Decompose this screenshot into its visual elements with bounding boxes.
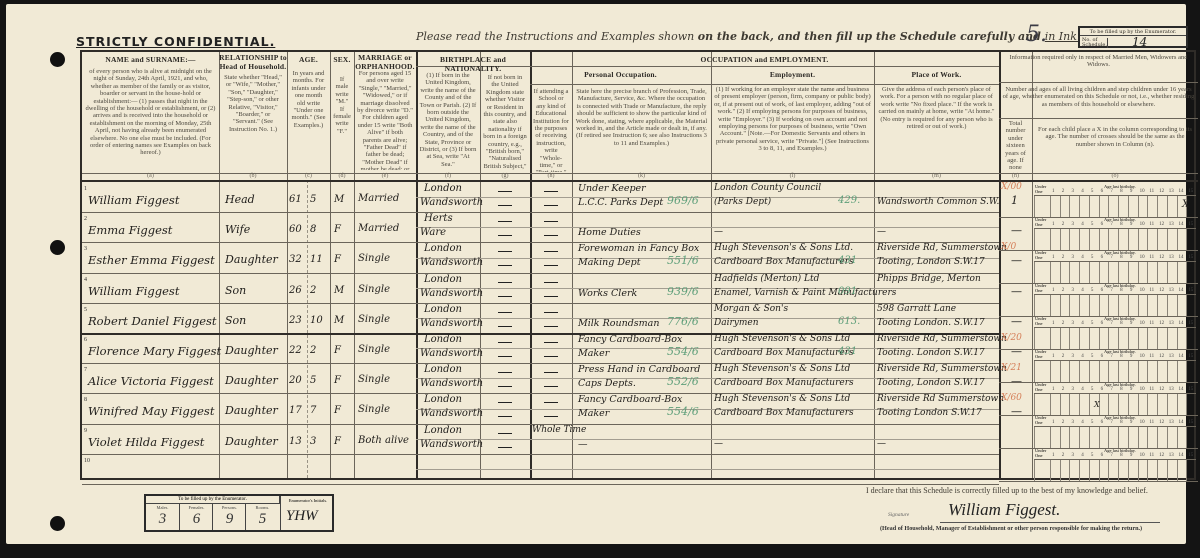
workplace-line1: Riverside Rd Summerstown: [877, 394, 1004, 404]
relationship-column-instructions: State whether "Head," or "Wife," "Mother…: [222, 74, 284, 172]
employer-name: Hadfields (Merton) Ltd: [714, 274, 819, 284]
child-crosses-instructions: For each child place a X in the column c…: [1035, 126, 1195, 166]
workplace-line2: —: [877, 227, 886, 237]
column-letter: (k): [572, 173, 711, 179]
child-age-cross: X: [1182, 199, 1189, 210]
birthplace-county: London: [424, 183, 462, 194]
age-months: 10: [310, 315, 323, 326]
child-age-grid: Under OneAge last birthday.1234567891011…: [1034, 448, 1196, 481]
occupation-code: 969/6: [667, 194, 699, 207]
children-total: —: [1011, 345, 1022, 358]
age-years: 23: [289, 315, 302, 326]
birthplace-town: Wandsworth: [420, 288, 483, 299]
occupation-line2: Caps Depts.: [578, 378, 636, 389]
relationship-column-header: RELATIONSHIP to Head of Household.: [219, 53, 287, 71]
birthplace-county: London: [424, 304, 462, 315]
child-age-grid: Under OneAge last birthday.1234567891011…: [1034, 316, 1196, 349]
workplace-line2: Wandsworth Common S.W.: [877, 197, 999, 207]
row-number: 2: [84, 216, 87, 222]
age-years: 13: [289, 436, 302, 447]
occupation-code: 551/6: [667, 254, 699, 267]
workplace-line1: Riverside Rd, Summerstown: [877, 364, 1007, 374]
school-attendance: Whole Time: [532, 425, 586, 435]
marriage-column-header: MARRIAGE or ORPHANHOOD.: [354, 53, 416, 71]
occupation-line1: Forewoman in Fancy Box: [578, 243, 699, 254]
age-years: 17: [289, 405, 302, 416]
employer-name: Hugh Stevenson's & Sons Ltd: [714, 364, 850, 374]
column-letter: (g): [480, 173, 530, 179]
signature: William Figgest.: [948, 500, 1060, 520]
declaration-text: I declare that this Schedule is correctl…: [866, 486, 1148, 495]
page-title: STRICTLY CONFIDENTIAL.: [76, 34, 275, 49]
birthplace-county: London: [424, 274, 462, 285]
age-months: 3: [310, 436, 316, 447]
place-of-work-header: Place of Work.: [874, 70, 999, 79]
sex: F: [334, 345, 341, 356]
relationship: Daughter: [225, 253, 278, 266]
row-number: 1: [84, 186, 87, 192]
birthplace-town: Ware: [420, 227, 446, 238]
row-number: 8: [84, 397, 87, 403]
employer-name: Hugh Stevenson's & Sons Ltd: [714, 334, 850, 344]
employer-business: Cardboard Box Manufacturers: [714, 378, 854, 388]
relationship: Son: [225, 284, 246, 297]
personal-occupation-header: Personal Occupation.: [530, 70, 711, 79]
married-info-header: Information required only in respect of …: [1002, 54, 1195, 68]
age-years: 60: [289, 224, 302, 235]
column-letter: (a): [82, 173, 219, 179]
occupation-code: 776/6: [667, 315, 699, 328]
school-instructions: If attending a School or any kind of Edu…: [533, 88, 569, 172]
marital-status: Single: [358, 404, 390, 415]
age-years: 26: [289, 285, 302, 296]
sex: M: [334, 285, 344, 296]
occupation-column-header: OCCUPATION and EMPLOYMENT.: [530, 55, 999, 64]
person-name: Alice Victoria Figgest: [88, 374, 214, 388]
employer-name: Morgan & Son's: [714, 304, 788, 314]
industry-code: 429.: [838, 195, 860, 206]
census-form-table: NAME and SURNAME:—of every person who is…: [80, 50, 1196, 480]
age-months: 7: [310, 405, 316, 416]
age-years: 61: [289, 194, 302, 205]
sex-column-header: SEX.: [330, 55, 354, 64]
place-of-work-instructions: Give the address of each person's place …: [877, 86, 996, 172]
occupation-line2: Works Clerk: [578, 288, 637, 299]
children-total: —: [1011, 285, 1022, 298]
birthplace-county: London: [424, 243, 462, 254]
personal-occupation-instructions: State here the precise branch of Profess…: [575, 88, 708, 172]
workplace-line1: 598 Garratt Lane: [877, 304, 956, 314]
industry-code: 431: [838, 346, 857, 357]
relationship: Daughter: [225, 344, 278, 357]
age-column-header: AGE.: [287, 55, 330, 64]
sex: F: [334, 405, 341, 416]
employer-business: Dairymen: [714, 318, 759, 328]
males-count: 3: [146, 511, 179, 528]
occupation-line1: Under Keeper: [578, 183, 646, 194]
child-age-grid: Under OneAge last birthday.1234567891011…: [1034, 382, 1196, 415]
birthplace-town: Wandsworth: [420, 408, 483, 419]
checker-mark: X/00: [1001, 182, 1022, 192]
workplace-line1: Riverside Rd, Summerstown: [877, 243, 1007, 253]
schedule-number-box: To be filled up by the Enumerator. No. o…: [1078, 26, 1188, 48]
workplace-line2: Tooting, London S.W.17: [877, 378, 985, 388]
row-number: 3: [84, 246, 87, 252]
birthplace-county: London: [424, 425, 462, 436]
marital-status: Single: [358, 374, 390, 385]
checker-mark: X/20: [1001, 333, 1022, 343]
signature-note: (Head of Household, Manager of Establish…: [880, 525, 1142, 532]
relationship: Daughter: [225, 374, 278, 387]
marital-status: Married: [358, 193, 399, 204]
occupation-line1: Fancy Cardboard-Box: [578, 394, 682, 405]
employer-name: Hugh Stevenson's & Sons Ltd: [714, 394, 850, 404]
person-name: Florence Mary Figgest: [88, 344, 221, 358]
occupation-line2: Home Duties: [578, 227, 641, 238]
birthplace-town: Wandsworth: [420, 378, 483, 389]
instructions-line: Please read the Instructions and Example…: [416, 30, 1080, 43]
workplace-line1: Phipps Bridge, Merton: [877, 274, 981, 284]
age-years: 20: [289, 375, 302, 386]
occupation-code: 554/6: [667, 405, 699, 418]
child-age-grid: Under OneAge last birthday.1234567891011…: [1034, 217, 1196, 250]
children-total: 1: [1011, 194, 1018, 207]
age-months: 8: [310, 224, 316, 235]
children-total: —: [1011, 224, 1022, 237]
employer-name: Hugh Stevenson's & Sons Ltd.: [714, 243, 853, 253]
females-count: 6: [180, 511, 213, 528]
column-letter: (c): [287, 173, 330, 179]
occupation-line2: —: [578, 439, 588, 450]
checker-mark: X/60: [1001, 393, 1022, 403]
sex-column-instructions: If male write "M." If female write "F.": [333, 76, 351, 166]
punch-hole: [50, 240, 65, 255]
column-letter: (n): [999, 173, 1032, 179]
occupation-line2: L.C.C. Parks Dept: [578, 197, 663, 208]
persons-count: 9: [213, 511, 246, 528]
total-under16-instructions: Total number under sixteen years of age.…: [1002, 120, 1029, 172]
rooms-count: 5: [246, 511, 279, 528]
name-column-header: NAME and SURNAME:—: [82, 55, 219, 64]
employer-business: Cardboard Box Manufacturers: [714, 408, 854, 418]
marital-status: Single: [358, 253, 390, 264]
column-letter: (l): [711, 173, 874, 179]
workplace-line2: Tooting London. S.W.17: [877, 318, 985, 328]
marital-status: Single: [358, 314, 390, 325]
marital-status: Both alive: [358, 435, 409, 446]
sex: F: [334, 224, 341, 235]
enumeration-mark: 5.: [1026, 22, 1047, 47]
column-letter: (b): [219, 173, 287, 179]
row-number: 6: [84, 337, 87, 343]
row-number: 9: [84, 428, 87, 434]
employment-header: Employment.: [711, 70, 874, 79]
workplace-line2: —: [877, 439, 886, 449]
employer-business: Cardboard Box Manufacturers: [714, 257, 854, 267]
person-name: Winifred May Figgest: [88, 404, 214, 418]
punch-hole: [50, 516, 65, 531]
child-age-grid: Under OneAge last birthday.1234567891011…: [1034, 415, 1196, 448]
punch-hole: [50, 52, 65, 67]
birthplace-town: Wandsworth: [420, 197, 483, 208]
nationality-instructions: If not born in the United Kingdom state …: [483, 74, 527, 170]
industry-code: 613.: [838, 316, 860, 327]
birthplace-county: Herts: [424, 213, 453, 224]
row-number: 7: [84, 367, 87, 373]
children-total: —: [1011, 405, 1022, 418]
person-name: William Figgest: [88, 193, 179, 207]
employment-instructions: (1) If working for an employer state the…: [714, 86, 871, 172]
sex: M: [334, 315, 344, 326]
occupation-line2: Maker: [578, 408, 609, 419]
column-letter: (o): [1032, 173, 1198, 179]
employer-business: Cardboard Box Manufacturers: [714, 348, 854, 358]
relationship: Daughter: [225, 404, 278, 417]
workplace-line2: Tooting. London S.W.17: [877, 348, 985, 358]
relationship: Head: [225, 193, 255, 206]
occupation-line2: Maker: [578, 348, 609, 359]
checker-mark: X/0: [1001, 242, 1016, 252]
workplace-line2: Tooting, London S.W.17: [877, 257, 985, 267]
column-letter: (f): [416, 173, 480, 179]
relationship: Daughter: [225, 435, 278, 448]
employer-business: —: [714, 227, 723, 237]
age-column-instructions: In years and months. For infants under o…: [290, 70, 327, 170]
occupation-line1: Fancy Cardboard-Box: [578, 334, 682, 345]
occupation-line1: Press Hand in Cardboard: [578, 364, 700, 375]
birthplace-town: Wandsworth: [420, 348, 483, 359]
employer-business: —: [714, 439, 723, 449]
age-years: 32: [289, 254, 302, 265]
children-instructions: Number and ages of all living children a…: [1002, 86, 1195, 118]
birthplace-county: London: [424, 394, 462, 405]
marital-status: Married: [358, 223, 399, 234]
marital-status: Single: [358, 344, 390, 355]
column-letter: (m): [874, 173, 999, 179]
sex: M: [334, 194, 344, 205]
relationship: Son: [225, 314, 246, 327]
birthplace-county: London: [424, 334, 462, 345]
person-name: Robert Daniel Figgest: [88, 314, 217, 328]
employer-name: London County Council: [714, 183, 821, 193]
employer-business: Enamel, Varnish & Paint Manufacturers: [714, 288, 896, 298]
person-name: Esther Emma Figgest: [88, 253, 215, 267]
occupation-line2: Milk Roundsman: [578, 318, 659, 329]
child-age-cross: X: [1094, 400, 1100, 409]
age-months: 2: [310, 345, 316, 356]
age-months: 2: [310, 285, 316, 296]
occupation-code: 554/6: [667, 345, 699, 358]
column-letter: (e): [354, 173, 416, 179]
schedule-number: 14: [1132, 35, 1147, 49]
age-months: 11: [310, 254, 323, 265]
child-age-grid: Under OneAge last birthday.1234567891011…: [1034, 250, 1196, 283]
marriage-column-instructions: For persons aged 15 and over write "Sing…: [357, 70, 413, 170]
birthplace-county: London: [424, 364, 462, 375]
industry-code: 091: [838, 286, 857, 297]
row-number: 5: [84, 307, 87, 313]
sex: F: [334, 436, 341, 447]
row-number: 10: [84, 458, 90, 464]
marital-status: Single: [358, 284, 390, 295]
children-total: —: [1011, 254, 1022, 267]
row-number: 4: [84, 277, 87, 283]
name-column-instructions: of every person who is alive at midnight…: [85, 68, 216, 172]
workplace-line2: Tooting London S.W.17: [877, 408, 982, 418]
relationship: Wife: [225, 223, 250, 236]
person-name: Violet Hilda Figgest: [88, 435, 204, 449]
person-name: Emma Figgest: [88, 223, 172, 237]
enumerator-box: To be filled up by the Enumerator. Males…: [144, 494, 334, 532]
industry-code: 431: [838, 255, 857, 266]
child-age-grid: Under OneAge last birthday.1234567891011…: [1034, 349, 1196, 382]
column-letter: (h): [530, 173, 572, 179]
birthplace-town: Wandsworth: [420, 318, 483, 329]
occupation-code: 552/6: [667, 375, 699, 388]
employer-business: (Parks Dept): [714, 197, 771, 207]
person-name: William Figgest: [88, 284, 179, 298]
sex: F: [334, 254, 341, 265]
sex: F: [334, 375, 341, 386]
birthplace-instructions: (1) If born in the United Kingdom, write…: [419, 72, 477, 172]
age-months: 5: [310, 375, 316, 386]
child-age-grid: Under OneAge last birthday.1234567891011…: [1034, 283, 1196, 316]
column-letter: (d): [330, 173, 354, 179]
birthplace-town: Wandsworth: [420, 439, 483, 450]
birthplace-town: Wandsworth: [420, 257, 483, 268]
occupation-line2: Making Dept: [578, 257, 641, 268]
age-months: 5: [310, 194, 316, 205]
enumerator-initials: YHW: [286, 508, 318, 525]
checker-mark: X/21: [1001, 363, 1022, 373]
occupation-code: 939/6: [667, 285, 699, 298]
age-years: 22: [289, 345, 302, 356]
child-age-grid: Under OneAge last birthday.1234567891011…: [1034, 184, 1196, 217]
workplace-line1: Riverside Rd, Summerstown: [877, 334, 1007, 344]
birthplace-column-header: BIRTHPLACE and NATIONALITY.: [416, 55, 530, 73]
